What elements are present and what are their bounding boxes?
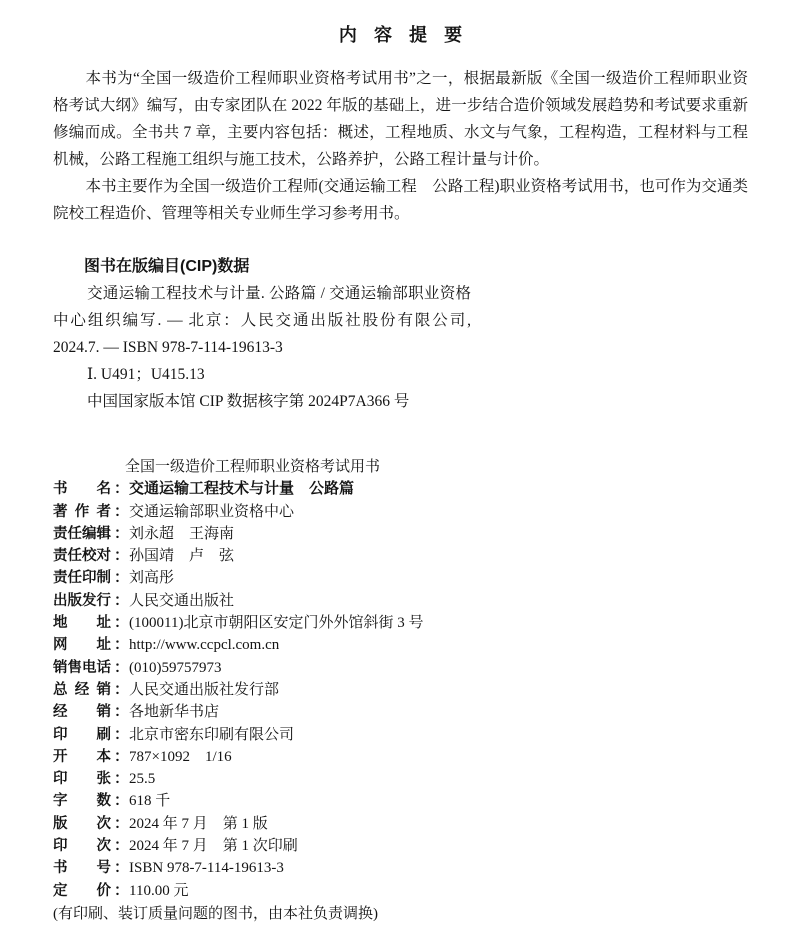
field-value: 刘永超 王海南 [129,526,234,542]
field-value: 孙国靖 卢 弦 [129,548,234,564]
field-value: ISBN 978-7-114-19613-3 [129,860,284,876]
field-separator: ： [114,547,129,564]
cip-classification: Ⅰ. U491；U415.13 [53,361,471,388]
colophon-series-title: 全国一级造价工程师职业资格考试用书 [53,456,748,478]
field-separator: ： [114,703,129,720]
colophon-row-edition: 版 次：2024 年 7 月 第 1 版 [53,813,748,835]
field-separator: ： [114,859,129,876]
field-label: 出版发行 [53,590,114,612]
field-separator: ： [114,503,129,520]
field-value: 2024 年 7 月 第 1 次印刷 [129,838,298,854]
field-label: 书 号 [53,857,114,879]
field-separator: ： [114,614,129,631]
colophon-row-distributor: 经 销：各地新华书店 [53,701,748,723]
field-value: 人民交通出版社 [129,593,234,609]
field-separator: ： [114,480,129,497]
colophon-row-address: 地 址：(100011)北京市朝阳区安定门外外馆斜街 3 号 [53,612,748,634]
field-value: 787×1092 1/16 [129,749,232,765]
field-label: 网 址 [53,634,114,656]
field-separator: ： [114,569,129,586]
field-separator: ： [114,792,129,809]
field-separator: ： [114,592,129,609]
colophon-row-printer: 印 刷：北京市密东印刷有限公司 [53,724,748,746]
summary-paragraph-1: 本书为“全国一级造价工程师职业资格考试用书”之一，根据最新版《全国一级造价工程师… [53,65,748,173]
colophon-row-proofreader: 责任校对：孙国靖 卢 弦 [53,545,748,567]
field-separator: ： [114,815,129,832]
field-value: 618 千 [129,793,170,809]
colophon-row-editor: 责任编辑：刘永超 王海南 [53,523,748,545]
field-value: 交通运输工程技术与计量 公路篇 [129,480,354,497]
colophon-row-print-supervisor: 责任印制：刘高彤 [53,567,748,589]
cip-description: 交通运输工程技术与计量. 公路篇 / 交通运输部职业资格中心组织编写. — 北京… [53,280,471,361]
cip-heading: 图书在版编目(CIP)数据 [84,253,471,280]
colophon-row-author: 著 作 者：交通运输部职业资格中心 [53,501,748,523]
colophon-row-sales-phone: 销售电话：(010)59757973 [53,657,748,679]
summary-paragraph-2: 本书主要作为全国一级造价工程师(交通运输工程 公路工程)职业资格考试用书，也可作… [53,173,748,227]
field-label: 责任校对 [53,545,114,567]
field-value: 各地新华书店 [129,704,219,720]
field-label: 印 次 [53,835,114,857]
quality-note: (有印刷、装订质量问题的图书，由本社负责调换) [53,903,748,925]
field-value: http://www.ccpcl.com.cn [129,637,279,653]
field-label: 印 张 [53,768,114,790]
field-label: 印 刷 [53,724,114,746]
field-label: 字 数 [53,790,114,812]
field-separator: ： [114,837,129,854]
field-label: 责任印制 [53,567,114,589]
content-summary: 本书为“全国一级造价工程师职业资格考试用书”之一，根据最新版《全国一级造价工程师… [53,65,748,227]
cip-record-number: 中国国家版本馆 CIP 数据核字第 2024P7A366 号 [53,388,471,415]
field-value: (100011)北京市朝阳区安定门外外馆斜街 3 号 [129,615,423,631]
field-label: 著 作 者 [53,501,114,523]
field-separator: ： [114,636,129,653]
field-separator: ： [114,882,129,899]
field-value: 北京市密东印刷有限公司 [129,727,294,743]
field-label: 经 销 [53,701,114,723]
colophon: 全国一级造价工程师职业资格考试用书 书 名：交通运输工程技术与计量 公路篇 著 … [53,456,748,925]
field-label: 地 址 [53,612,114,634]
colophon-row-impression: 印 次：2024 年 7 月 第 1 次印刷 [53,835,748,857]
field-label: 销售电话 [53,657,114,679]
field-value: 2024 年 7 月 第 1 版 [129,816,268,832]
field-label: 书 名 [53,478,114,500]
copyright-page: 内容提要 本书为“全国一级造价工程师职业资格考试用书”之一，根据最新版《全国一级… [0,0,790,946]
field-separator: ： [114,748,129,765]
field-separator: ： [114,525,129,542]
field-label: 总 经 销 [53,679,114,701]
field-value: 交通运输部职业资格中心 [129,504,294,520]
field-label: 责任编辑 [53,523,114,545]
cip-block: 图书在版编目(CIP)数据 交通运输工程技术与计量. 公路篇 / 交通运输部职业… [53,253,471,415]
colophon-row-website: 网 址：http://www.ccpcl.com.cn [53,634,748,656]
colophon-row-word-count: 字 数：618 千 [53,790,748,812]
field-label: 版 次 [53,813,114,835]
field-value: 刘高彤 [129,570,174,586]
field-separator: ： [114,659,129,676]
field-value: 25.5 [129,771,155,787]
field-separator: ： [114,726,129,743]
field-value: (010)59757973 [129,660,222,676]
field-separator: ： [114,681,129,698]
field-label: 定 价 [53,880,114,902]
colophon-row-isbn: 书 号：ISBN 978-7-114-19613-3 [53,857,748,879]
field-label: 开 本 [53,746,114,768]
colophon-row-publisher: 出版发行：人民交通出版社 [53,590,748,612]
field-value: 110.00 元 [129,883,188,899]
colophon-row-format: 开 本：787×1092 1/16 [53,746,748,768]
field-separator: ： [114,770,129,787]
colophon-row-general-distributor: 总 经 销：人民交通出版社发行部 [53,679,748,701]
colophon-row-book-title: 书 名：交通运输工程技术与计量 公路篇 [53,478,748,500]
content-summary-heading: 内容提要 [53,22,748,48]
colophon-row-price: 定 价：110.00 元 [53,880,748,902]
field-value: 人民交通出版社发行部 [129,682,279,698]
colophon-row-sheets: 印 张：25.5 [53,768,748,790]
